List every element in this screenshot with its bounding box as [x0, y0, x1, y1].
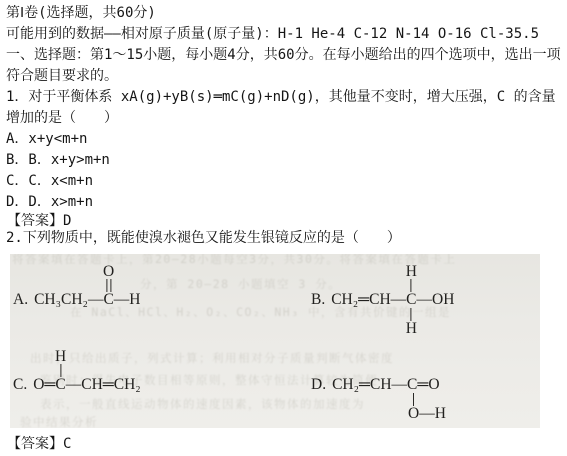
chain-segment: C — [407, 376, 417, 393]
question-1-stem: 1．对于平衡体系 xA(g)+yB(s)═mC(g)+nD(g)，其他量不变时，… — [6, 87, 563, 129]
structure-a-label: A. — [13, 291, 28, 309]
vertical-single-bond — [411, 279, 412, 292]
answer-label: 【答案】 — [7, 436, 63, 452]
vertical-double-bond — [106, 279, 111, 292]
chain-segment: —CH═CH₂ — [66, 376, 141, 394]
oxygen-atom: O — [103, 264, 114, 279]
hydrogen-atom: H — [55, 349, 66, 364]
answer-value: C — [63, 436, 71, 452]
structure-d-chain: CH₂═CH— C O—H ═O — [332, 376, 439, 394]
structure-a-chain: CH₃CH₂— C O —H — [34, 291, 140, 309]
bleed-text: 验中结果分析 — [20, 414, 320, 428]
question-1-option-d: D．D．x>m+n — [6, 192, 93, 213]
structure-c: C. O═ C H —CH═CH₂ — [13, 376, 141, 394]
bleed-text: 分，第 20—28 小题填空 3 分。 — [140, 276, 341, 292]
structure-a: A. CH₃CH₂— C O —H — [13, 291, 141, 309]
structure-c-label: C. — [13, 376, 27, 394]
carbon-anchor: C H — [55, 376, 65, 394]
chain-segment: CH₃CH₂— — [34, 291, 103, 309]
carbon-anchor: C O—H — [407, 376, 417, 394]
chain-segment: CH₂═CH— — [332, 376, 407, 394]
answer-label: 【答案】 — [7, 213, 63, 229]
structure-c-chain: O═ C H —CH═CH₂ — [33, 376, 140, 394]
bleed-text: 出时，只给出质子，列式计算；利用相对分子质量判断气体密度 — [30, 350, 532, 366]
chain-segment: C — [55, 376, 65, 393]
structure-b: B. CH₂═CH— C H H —OH — [311, 291, 454, 309]
oxygen-hydrogen-group: O—H — [408, 406, 446, 421]
chain-segment: C — [406, 291, 416, 308]
volume-title: 第Ⅰ卷(选择题，共60分) — [6, 3, 156, 24]
question-2-stem: 2.下列物质中，既能使溴水褪色又能发生银镜反应的是（ ） — [6, 228, 401, 249]
chain-segment: O═ — [33, 376, 55, 394]
carbonyl-group: O — [103, 264, 114, 292]
hydrogen-below: H — [406, 308, 417, 336]
atomic-mass-note: 可能用到的数据——相对原子质量(原子量)：H-1 He-4 C-12 N-14 … — [6, 24, 539, 45]
carbon-anchor: C H H — [406, 291, 416, 309]
chain-segment: —H — [114, 291, 141, 309]
hydroxyl-group: O—H — [408, 393, 446, 421]
structure-b-label: B. — [311, 291, 325, 309]
section-instruction: 一、选择题：第1～15小题，每小题4分，共60分。在每小题给出的四个选项中，选出… — [6, 45, 563, 87]
hydrogen-above: H — [406, 264, 417, 292]
question-1-option-b: B．B．x+y>m+n — [6, 150, 110, 171]
question-2-structure-figure: 将答案填在答题卡上，第20—28小题每空3分，共30分。将答案填在答题卡上 分，… — [10, 254, 540, 428]
question-1-option-c: C．C．x<m+n — [6, 171, 93, 192]
chain-segment: CH₂═CH— — [331, 291, 406, 309]
question-2-answer: 【答案】C — [7, 434, 71, 454]
exam-document-page: { "doc": { "volume_title": "第Ⅰ卷(选择题，共60分… — [0, 0, 567, 456]
question-1-option-a: A．x+y<m+n — [6, 129, 87, 150]
answer-value: D — [63, 213, 71, 229]
chain-segment: —OH — [417, 291, 455, 309]
chain-segment: C — [103, 291, 113, 308]
hydrogen-above: H — [55, 349, 66, 377]
structure-d: D. CH₂═CH— C O—H ═O — [311, 376, 440, 394]
structure-d-label: D. — [311, 376, 326, 394]
hydrogen-atom: H — [406, 321, 417, 336]
vertical-single-bond — [60, 364, 61, 377]
hydrogen-atom: H — [406, 264, 417, 279]
carbon-anchor: C O — [103, 291, 113, 309]
chain-segment: ═O — [417, 376, 439, 394]
bleed-text: 表示，一般直线运动物体的速度因素，该物体的加速度为 — [40, 396, 522, 412]
structure-b-chain: CH₂═CH— C H H —OH — [331, 291, 454, 309]
bleed-text: 将答案填在答题卡上，第20—28小题每空3分，共30分。将答案填在答题卡上 — [12, 254, 538, 267]
